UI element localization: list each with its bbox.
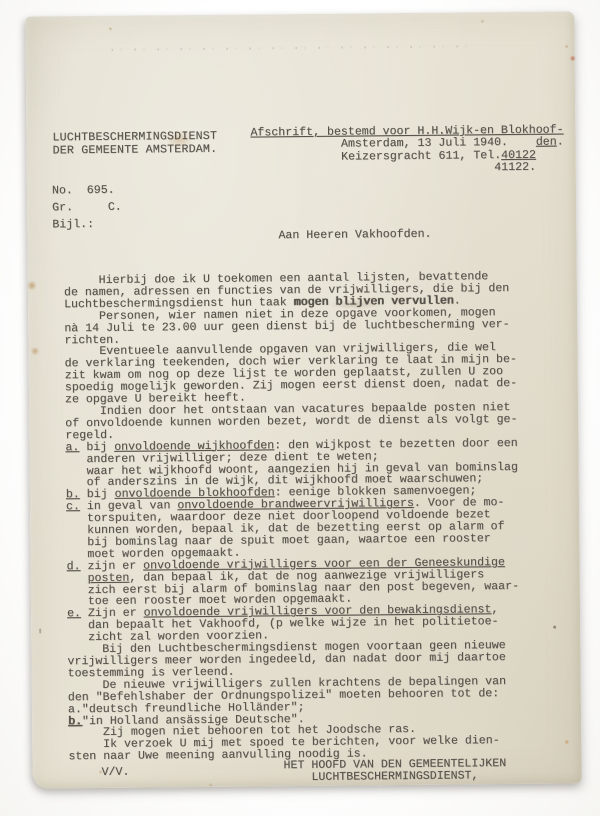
stain	[570, 55, 576, 61]
signature-line: LUCHTBESCHERMINGSDIENST,	[284, 770, 507, 785]
reference-line: Bijl.:	[52, 216, 122, 234]
copy-note: Afschrift, bestemd voor H.H.Wijk-en Blok…	[250, 124, 564, 177]
signature-block: HET HOOFD VAN DEN GEMEENTELIJKEN LUCHTBE…	[283, 758, 506, 785]
copy-note-line: 41122.	[251, 162, 564, 177]
body-text: Hierbij doe ik U toekomen een aantal lij…	[64, 271, 521, 763]
stain	[564, 739, 569, 744]
stain	[108, 27, 112, 31]
letterhead-line: DER GEMEENTE AMSTERDAM.	[53, 144, 218, 158]
stain	[30, 347, 39, 356]
stain	[480, 19, 484, 23]
reference-block: No. 695.Gr. C.Bijl.:	[52, 182, 122, 234]
salutation: Aan Heeren Vakhoofden.	[278, 229, 431, 243]
stain	[39, 629, 41, 634]
vv-mark: V/V.	[102, 767, 130, 780]
stain	[553, 626, 556, 629]
reference-line: No. 695.	[52, 182, 122, 200]
reference-line: Gr. C.	[52, 199, 122, 217]
letterhead: LUCHTBESCHERMINGSDIENSTDER GEMEENTE AMST…	[52, 131, 217, 158]
stain	[565, 44, 569, 48]
document-paper: LUCHTBESCHERMINGSDIENSTDER GEMEENTE AMST…	[25, 11, 581, 788]
ghost-imprint-line	[112, 45, 478, 51]
stain	[27, 281, 37, 291]
stain	[209, 783, 213, 787]
photo-background: { "colors":{"paper":"#e5e0d1","ink":"#56…	[0, 0, 600, 816]
